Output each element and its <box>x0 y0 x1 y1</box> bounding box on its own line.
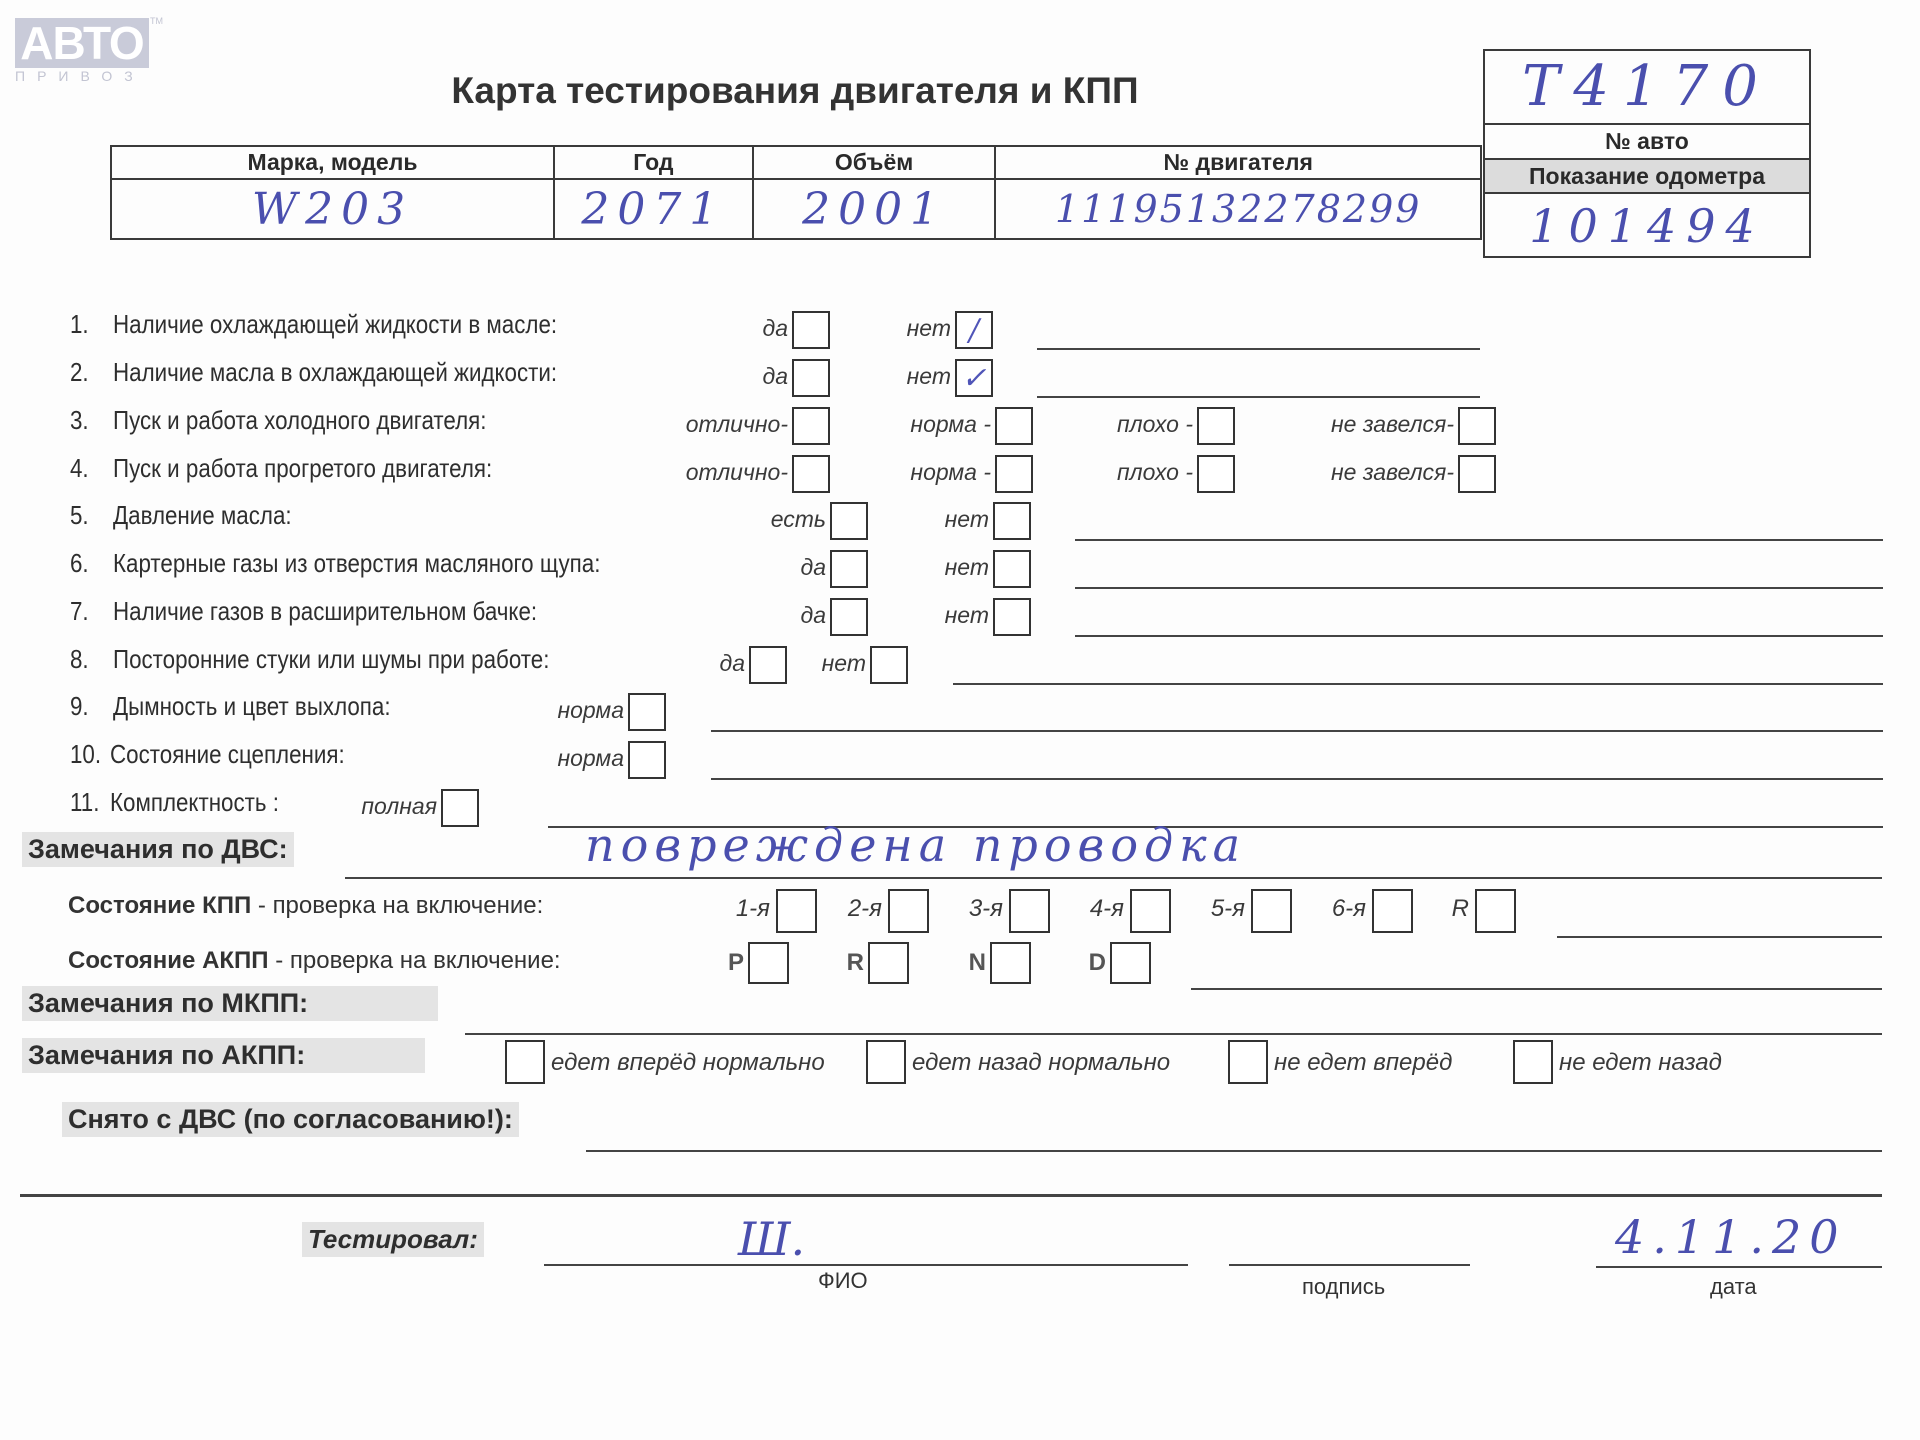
car-number-label: № авто <box>1485 125 1809 160</box>
option-label: да <box>800 554 826 581</box>
gear-checkbox[interactable] <box>776 889 817 933</box>
section-divider <box>20 1194 1882 1197</box>
answer-line[interactable] <box>1075 587 1883 589</box>
checkbox[interactable] <box>1197 407 1235 445</box>
akpp-position-checkbox[interactable] <box>1110 942 1151 984</box>
question-number: 10. <box>70 739 101 770</box>
engine-remarks-line <box>345 877 1882 879</box>
tested-by-label: Тестировал: <box>302 1222 484 1257</box>
odometer-value[interactable]: 101494 <box>1485 194 1809 258</box>
option-label: отлично- <box>686 411 788 438</box>
removed-label: Снято с ДВС (по согласованию!): <box>62 1102 519 1137</box>
question-text: Наличие газов в расширительном бачке: <box>113 596 537 627</box>
question-text: Дымность и цвет выхлопа: <box>113 691 391 722</box>
name-value[interactable]: Ш. <box>738 1212 805 1266</box>
answer-line[interactable] <box>1075 539 1883 541</box>
year-value[interactable]: 2071 <box>554 179 753 239</box>
answer-line[interactable] <box>711 730 1883 732</box>
option-label: норма - <box>910 459 991 486</box>
option-label: нет <box>945 554 989 581</box>
signature-line[interactable] <box>1229 1264 1470 1266</box>
checkbox[interactable] <box>995 407 1033 445</box>
header-year: Год <box>554 146 753 179</box>
header-engine-number: № двигателя <box>995 146 1481 179</box>
question-number: 3. <box>70 405 89 436</box>
akpp-position-checkbox[interactable] <box>748 942 789 984</box>
option-label: нет <box>945 602 989 629</box>
option-label: да <box>762 315 788 342</box>
checkbox[interactable]: ✓ <box>955 359 993 397</box>
option-label: не завелся- <box>1331 411 1454 438</box>
checkbox[interactable] <box>993 598 1031 636</box>
checkbox[interactable] <box>792 407 830 445</box>
question-number: 1. <box>70 309 89 340</box>
option-label: да <box>762 363 788 390</box>
auto-gearbox-label-rest: - проверка на включение: <box>269 947 561 974</box>
logo-trademark: TM <box>150 16 163 26</box>
gear-label: 2-я <box>848 895 882 923</box>
akpp-remark-checkbox[interactable] <box>866 1040 906 1084</box>
question-number: 11. <box>70 787 99 818</box>
question-text: Посторонние стуки или шумы при работе: <box>113 644 549 675</box>
option-label: норма <box>557 745 624 772</box>
gear-checkbox[interactable] <box>1372 889 1413 933</box>
question-number: 8. <box>70 644 89 675</box>
header-make-model: Марка, модель <box>111 146 554 179</box>
akpp-remarks-label: Замечания по АКПП: <box>22 1038 425 1073</box>
logo-privoz: ПРИВОЗ <box>15 68 155 84</box>
checkbox[interactable] <box>1197 455 1235 493</box>
manual-gearbox-line <box>1557 936 1882 938</box>
question-text: Пуск и работа холодного двигателя: <box>113 405 486 436</box>
car-number-value[interactable]: Т4170 <box>1485 51 1809 125</box>
akpp-position-label: P <box>728 949 744 977</box>
checkbox[interactable] <box>441 789 479 827</box>
manual-gearbox-label: Состояние КПП - проверка на включение: <box>68 892 543 920</box>
option-label: норма - <box>910 411 991 438</box>
question-text: Наличие масла в охлаждающей жидкости: <box>113 357 557 388</box>
akpp-remark-checkbox[interactable] <box>1228 1040 1268 1084</box>
gear-label: 5-я <box>1211 895 1245 923</box>
checkbox[interactable] <box>1458 407 1496 445</box>
option-label: нет <box>822 650 866 677</box>
question-number: 4. <box>70 453 89 484</box>
check-mark-icon: / <box>957 313 991 349</box>
akpp-remark-label: не едет вперёд <box>1274 1049 1452 1077</box>
date-line <box>1596 1266 1882 1268</box>
gear-label: 6-я <box>1332 895 1366 923</box>
akpp-position-label: D <box>1089 949 1106 977</box>
option-label: не завелся- <box>1331 459 1454 486</box>
name-caption: ФИО <box>818 1268 868 1294</box>
question-number: 9. <box>70 691 89 722</box>
question-number: 2. <box>70 357 89 388</box>
answer-line[interactable] <box>1037 396 1480 398</box>
option-label: да <box>800 602 826 629</box>
gear-checkbox[interactable] <box>1130 889 1171 933</box>
mkpp-remarks-line <box>465 1033 1882 1035</box>
question-text: Наличие охлаждающей жидкости в масле: <box>113 309 557 340</box>
question-text: Давление масла: <box>113 500 292 531</box>
question-text: Картерные газы из отверстия масляного щу… <box>113 548 600 579</box>
option-label: нет <box>945 506 989 533</box>
akpp-position-label: N <box>969 949 986 977</box>
checkbox[interactable] <box>1458 455 1496 493</box>
akpp-remark-checkbox[interactable] <box>505 1040 545 1084</box>
question-text: Комплектность : <box>110 787 279 818</box>
gear-label: 4-я <box>1090 895 1124 923</box>
option-label: плохо - <box>1117 459 1193 486</box>
checkbox[interactable] <box>995 455 1033 493</box>
gear-checkbox[interactable] <box>888 889 929 933</box>
vehicle-info-table: Марка, модель Год Объём № двигателя W203… <box>110 145 1482 240</box>
engine-remarks-value[interactable]: повреждена проводка <box>585 818 1246 872</box>
akpp-position-checkbox[interactable] <box>868 942 909 984</box>
auto-gearbox-line <box>1191 988 1882 990</box>
checkbox[interactable] <box>628 741 666 779</box>
logo-avto: АВТО <box>15 18 149 68</box>
checkbox[interactable] <box>830 550 868 588</box>
option-label: да <box>719 650 745 677</box>
mkpp-remarks-label: Замечания по МКПП: <box>22 986 438 1021</box>
akpp-position-label: R <box>847 949 864 977</box>
checkbox[interactable] <box>792 359 830 397</box>
signature-caption: подпись <box>1302 1274 1385 1300</box>
date-caption: дата <box>1710 1274 1757 1300</box>
question-text: Состояние сцепления: <box>110 739 345 770</box>
page-title: Карта тестирования двигателя и КПП <box>380 70 1210 112</box>
question-number: 7. <box>70 596 89 627</box>
checkbox[interactable] <box>830 598 868 636</box>
option-label: есть <box>771 506 826 533</box>
akpp-remark-label: не едет назад <box>1559 1049 1722 1077</box>
akpp-remark-checkbox[interactable] <box>1513 1040 1553 1084</box>
engine-remarks-label: Замечания по ДВС: <box>22 832 294 867</box>
option-label: полная <box>361 793 437 820</box>
option-label: нет <box>907 315 951 342</box>
name-line <box>544 1264 1188 1266</box>
engine-number-value[interactable]: 11195132278299 <box>995 179 1481 239</box>
answer-line[interactable] <box>953 683 1883 685</box>
checkbox[interactable] <box>830 502 868 540</box>
checkbox[interactable] <box>628 693 666 731</box>
car-info-box: Т4170 № авто Показание одометра 101494 <box>1483 49 1811 258</box>
akpp-remark-label: едет вперёд нормально <box>551 1049 825 1077</box>
answer-line[interactable] <box>711 778 1883 780</box>
answer-line[interactable] <box>1075 635 1883 637</box>
checkbox[interactable] <box>993 502 1031 540</box>
question-number: 5. <box>70 500 89 531</box>
option-label: отлично- <box>686 459 788 486</box>
answer-line[interactable] <box>1037 348 1480 350</box>
date-value[interactable]: 4.11.20 <box>1615 1210 1847 1264</box>
odometer-label: Показание одометра <box>1485 160 1809 194</box>
check-mark-icon: ✓ <box>957 361 991 397</box>
option-label: норма <box>557 697 624 724</box>
header-volume: Объём <box>753 146 996 179</box>
make-model-value[interactable]: W203 <box>111 179 554 239</box>
checkbox[interactable] <box>792 455 830 493</box>
volume-value[interactable]: 2001 <box>753 179 996 239</box>
question-text: Пуск и работа прогретого двигателя: <box>113 453 492 484</box>
gear-checkbox[interactable] <box>1009 889 1050 933</box>
checkbox[interactable] <box>870 646 908 684</box>
gear-label: R <box>1452 895 1469 923</box>
manual-gearbox-label-rest: - проверка на включение: <box>251 892 543 919</box>
option-label: плохо - <box>1117 411 1193 438</box>
checkbox[interactable] <box>993 550 1031 588</box>
gear-checkbox[interactable] <box>1251 889 1292 933</box>
manual-gearbox-label-bold: Состояние КПП <box>68 892 251 919</box>
question-number: 6. <box>70 548 89 579</box>
akpp-remark-label: едет назад нормально <box>912 1049 1170 1077</box>
checkbox[interactable] <box>749 646 787 684</box>
option-label: нет <box>907 363 951 390</box>
checkbox[interactable]: / <box>955 311 993 349</box>
akpp-position-checkbox[interactable] <box>990 942 1031 984</box>
gear-label: 3-я <box>969 895 1003 923</box>
gear-checkbox[interactable] <box>1475 889 1516 933</box>
auto-gearbox-label-bold: Состояние АКПП <box>68 947 269 974</box>
removed-line <box>586 1150 1882 1152</box>
gear-label: 1-я <box>736 895 770 923</box>
checkbox[interactable] <box>792 311 830 349</box>
auto-gearbox-label: Состояние АКПП - проверка на включение: <box>68 947 561 975</box>
